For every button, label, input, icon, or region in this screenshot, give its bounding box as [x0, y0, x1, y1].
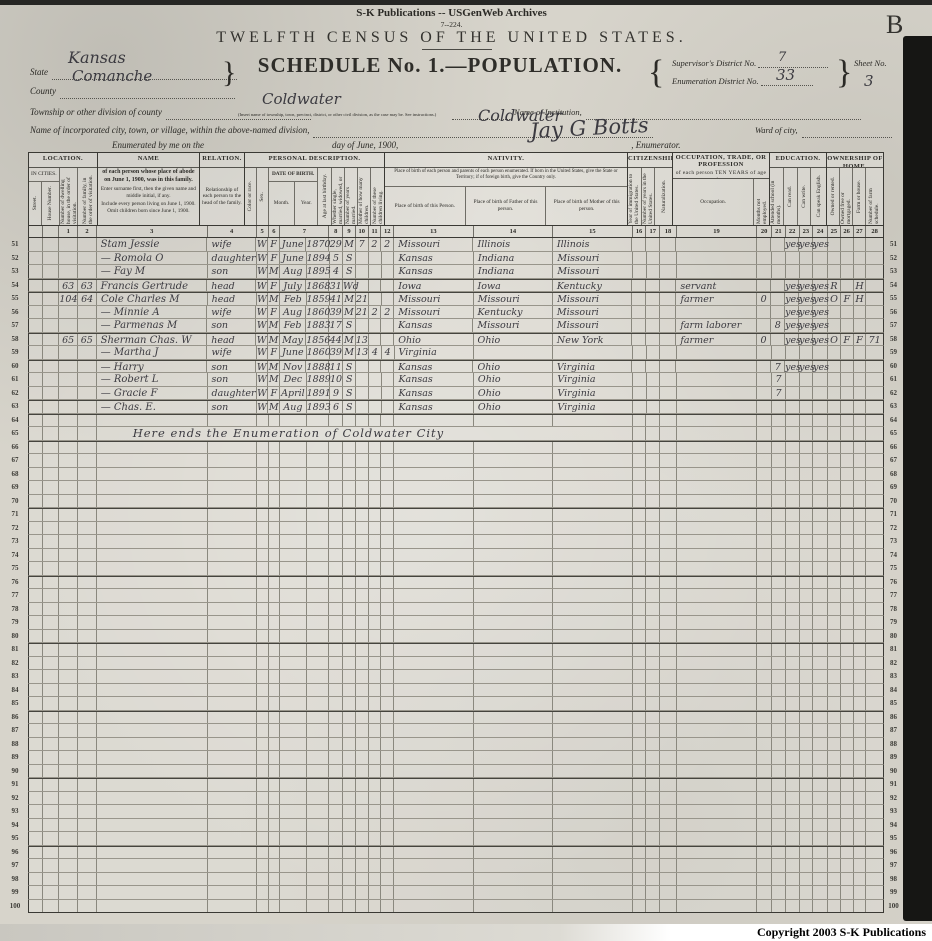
- cell-months_unemp: [757, 873, 772, 886]
- cell-family: [78, 442, 97, 454]
- cell-read: yes: [785, 334, 799, 346]
- cell-year: [307, 442, 330, 454]
- table-row: 7373: [2, 535, 903, 549]
- cell-relation: [208, 630, 257, 643]
- cell-family: [78, 657, 97, 670]
- cell-sex: [269, 603, 281, 616]
- cell-street: [29, 252, 43, 265]
- cell-house: [43, 293, 60, 305]
- cell-marital: [343, 765, 356, 778]
- cell-months_unemp: [757, 549, 772, 562]
- cell-free_mort: [841, 805, 854, 818]
- cell-english: [813, 427, 828, 440]
- cell-owned: [828, 415, 841, 427]
- cell-color: [257, 630, 269, 643]
- cell-owned: [828, 657, 841, 670]
- cell-street: [29, 616, 43, 629]
- cell-relation: [208, 765, 257, 778]
- row-number-left: 72: [2, 522, 28, 536]
- cell-yrs_us: [646, 630, 660, 643]
- cell-mother: [369, 577, 382, 589]
- cell-write: [800, 738, 814, 751]
- cell-pob_f: [474, 712, 554, 724]
- cell-marital: [343, 522, 356, 535]
- cell-pob: Kansas: [394, 252, 473, 265]
- cell-house: [43, 684, 60, 697]
- table-row: 56— Minnie AwifeWFAug186039M2122Missouri…: [2, 306, 903, 320]
- cell-marital: [343, 859, 356, 872]
- table-row: 8383: [2, 670, 903, 684]
- personal-description-group: PERSONAL DESCRIPTION. Color or race. Sex…: [245, 153, 385, 225]
- cell-color: [257, 779, 269, 791]
- cell-living: [381, 522, 394, 535]
- cell-english: [813, 373, 828, 386]
- cell-owned: [828, 765, 841, 778]
- cell-yrs_married: [356, 562, 369, 575]
- cell-imm: [633, 779, 647, 791]
- cell-imm: [633, 401, 647, 413]
- cell-name: [97, 454, 208, 467]
- cell-dwelling: [59, 900, 78, 913]
- cell-months_unemp: [757, 657, 772, 670]
- cell-year: [307, 562, 330, 575]
- ward-line: [802, 137, 892, 138]
- cell-imm: [633, 373, 647, 386]
- cell-family: [78, 361, 97, 373]
- cell-yrs_married: [356, 724, 369, 737]
- cell-dwelling: [59, 779, 78, 791]
- row-number-left: 54: [2, 279, 28, 293]
- cell-write: [800, 549, 814, 562]
- cell-name: [97, 442, 208, 454]
- cell-family: [78, 401, 97, 413]
- cell-free_mort: [841, 387, 854, 400]
- column-number: 18: [660, 226, 677, 237]
- cell-imm: [633, 751, 647, 764]
- mother-of-col-label: Mother of how many children.: [358, 169, 370, 225]
- cell-year: [307, 603, 330, 616]
- cell-pob: Kansas: [394, 387, 473, 400]
- cell-pob: [394, 697, 474, 710]
- table-row: 7474: [2, 549, 903, 563]
- cell-mother: [369, 562, 382, 575]
- cell-marital: M: [343, 293, 356, 305]
- cell-read: [786, 630, 800, 643]
- cell-color: [257, 535, 269, 548]
- cell-house: [43, 280, 60, 292]
- cell-months_unemp: [757, 265, 772, 278]
- cell-owned: [828, 346, 841, 359]
- cell-pob_m: [553, 415, 633, 427]
- cell-living: 2: [381, 238, 394, 251]
- cell-mother: [369, 387, 382, 400]
- cell-age: [329, 442, 343, 454]
- cell-house: [43, 805, 60, 818]
- cell-school: [772, 265, 786, 278]
- cell-farm_house: F: [854, 334, 867, 346]
- cell-month: [280, 415, 306, 427]
- cell-dwelling: [59, 886, 78, 899]
- cell-pob_f: [474, 724, 554, 737]
- row-number-left: 86: [2, 711, 28, 725]
- cell-free_mort: [841, 603, 854, 616]
- cell-marital: M: [343, 306, 356, 319]
- row-number-right: 58: [884, 333, 903, 347]
- cell-dwelling: [59, 319, 78, 332]
- cell-age: [329, 873, 343, 886]
- cell-family: [78, 859, 97, 872]
- cell-name: — Minnie A: [97, 306, 208, 319]
- cell-relation: wife: [207, 346, 256, 359]
- cell-year: 1868: [306, 280, 329, 292]
- cell-sched: [866, 361, 883, 373]
- cell-yrs_married: [356, 832, 369, 845]
- cell-nat: [660, 697, 677, 710]
- cell-pob_f: [474, 442, 554, 454]
- cell-living: [382, 373, 395, 386]
- cell-house: [43, 644, 60, 656]
- table-row: 7070: [2, 495, 903, 509]
- table-row: 8080: [2, 630, 903, 644]
- cell-marital: [343, 603, 356, 616]
- cell-mother: [369, 481, 382, 494]
- cell-read: [786, 779, 800, 791]
- cell-yrs_married: [356, 481, 369, 494]
- cell-sex: F: [268, 346, 280, 359]
- cell-living: [381, 751, 394, 764]
- cell-nat: [660, 900, 677, 913]
- cell-imm: [633, 697, 647, 710]
- cell-months_unemp: [757, 238, 772, 251]
- cell-pob_f: Ohio: [474, 373, 553, 386]
- cell-age: [329, 454, 343, 467]
- cell-occupation: [677, 805, 757, 818]
- cell-sched: [866, 603, 883, 616]
- cell-english: [813, 346, 828, 359]
- cell-free_mort: [841, 712, 854, 724]
- cell-imm: [633, 819, 647, 832]
- cell-month: June: [280, 252, 306, 265]
- census-table: LOCATION. IN CITIES. Street. House Numbe…: [2, 152, 903, 913]
- cell-living: [381, 577, 394, 589]
- row-number-left: 57: [2, 319, 28, 333]
- cell-read: [786, 670, 800, 683]
- cell-yrs_us: [646, 334, 660, 346]
- cell-month: [280, 616, 306, 629]
- cell-owned: [828, 535, 841, 548]
- cell-pob_f: [474, 481, 554, 494]
- cell-read: [786, 589, 800, 602]
- location-group: LOCATION. IN CITIES. Street. House Numbe…: [29, 153, 98, 225]
- cell-family: [78, 832, 97, 845]
- cell-age: [329, 792, 343, 805]
- cell-yrs_married: [356, 415, 369, 427]
- cell-school: [772, 454, 786, 467]
- cell-pob: Virginia: [395, 346, 474, 359]
- cell-relation: [208, 468, 257, 481]
- cell-english: [813, 265, 828, 278]
- cell-pob: [394, 657, 474, 670]
- cell-name: [97, 684, 208, 697]
- cell-months_unemp: [757, 779, 772, 791]
- cell-imm: [633, 522, 647, 535]
- row-number-left: 85: [2, 697, 28, 711]
- cell-sex: [269, 549, 281, 562]
- cell-sched: [866, 900, 883, 913]
- cell-yrs_us: [646, 859, 660, 872]
- cell-occupation: [677, 792, 757, 805]
- cell-months_unemp: [757, 361, 772, 373]
- column-number: [29, 226, 43, 237]
- column-number: 24: [813, 226, 828, 237]
- cell-marital: [343, 684, 356, 697]
- cell-street: [29, 765, 43, 778]
- cell-english: [813, 401, 828, 413]
- cell-color: [257, 712, 269, 724]
- cell-name: [97, 577, 208, 589]
- cell-read: [786, 792, 800, 805]
- title-rule: [422, 49, 492, 50]
- column-number: 10: [356, 226, 369, 237]
- cell-month: [280, 712, 306, 724]
- cell-yrs_married: [356, 670, 369, 683]
- years-married-col-label: Number of years married.: [345, 169, 357, 225]
- cell-write: [800, 442, 814, 454]
- cell-marital: [343, 509, 356, 521]
- cell-month: [280, 577, 306, 589]
- cell-occupation: [677, 738, 757, 751]
- cell-mother: [369, 589, 382, 602]
- ownership-title: OWNERSHIP OF HOME.: [827, 153, 883, 168]
- row-number-left: 67: [2, 454, 28, 468]
- cell-pob_f: [474, 873, 554, 886]
- cell-yrs_us: [646, 481, 660, 494]
- cell-relation: [208, 454, 257, 467]
- cell-street: [29, 415, 43, 427]
- cell-farm_house: [854, 900, 867, 913]
- cell-months_unemp: [757, 644, 772, 656]
- cell-sched: [866, 252, 883, 265]
- cell-yrs_married: [356, 751, 369, 764]
- cell-street: [29, 562, 43, 575]
- cell-sex: [269, 805, 281, 818]
- cell-nat: [660, 522, 677, 535]
- cell-age: [329, 549, 343, 562]
- cell-marital: [343, 697, 356, 710]
- cell-english: [813, 589, 828, 602]
- cell-english: [813, 697, 828, 710]
- cell-street: [29, 280, 43, 292]
- cell-imm: [633, 644, 647, 656]
- immigration-col-label: Year of immigration to the United States…: [628, 169, 640, 225]
- cell-month: [280, 832, 306, 845]
- cell-family: [78, 481, 97, 494]
- cell-school: [772, 562, 786, 575]
- occupation-group-sub: of each person TEN YEARS of age and over…: [673, 170, 769, 179]
- cell-free_mort: [841, 779, 854, 791]
- cell-months_unemp: [757, 481, 772, 494]
- cell-living: [381, 562, 394, 575]
- cell-write: [800, 481, 814, 494]
- cell-month: Dec: [280, 373, 306, 386]
- cell-pob_f: [474, 900, 554, 913]
- cell-pob_f: [474, 697, 554, 710]
- row-number-right: 71: [884, 508, 903, 522]
- cell-english: yes: [813, 361, 828, 373]
- cell-street: [29, 401, 43, 413]
- cell-english: [813, 495, 828, 508]
- cell-name: [97, 805, 208, 818]
- cell-owned: [828, 779, 841, 791]
- name-title: NAME: [98, 153, 199, 168]
- cell-marital: [343, 442, 356, 454]
- cell-farm_house: [854, 644, 867, 656]
- cell-write: [800, 697, 814, 710]
- cell-imm: [633, 886, 647, 899]
- cell-relation: [208, 670, 257, 683]
- cell-dwelling: [59, 535, 78, 548]
- cell-pob: [394, 589, 474, 602]
- cell-name: [97, 562, 208, 575]
- cell-farm_house: [854, 306, 867, 319]
- cell-pob_f: [474, 792, 554, 805]
- table-row: 9494: [2, 819, 903, 833]
- cell-write: yes: [799, 280, 813, 292]
- cell-marital: [343, 712, 356, 724]
- cell-school: [772, 792, 786, 805]
- table-row: 8989: [2, 751, 903, 765]
- cell-sex: [269, 724, 281, 737]
- cell-family: [78, 616, 97, 629]
- cell-english: [813, 712, 828, 724]
- cell-write: yes: [799, 293, 813, 305]
- cell-sched: [866, 495, 883, 508]
- cell-street: [29, 454, 43, 467]
- cell-year: [307, 616, 330, 629]
- cell-dwelling: [59, 427, 78, 440]
- cell-imm: [632, 334, 646, 346]
- cell-yrs_us: [646, 684, 660, 697]
- column-numbers-row: 1234567891011121314151617181920212223242…: [28, 225, 884, 238]
- cell-owned: [828, 724, 841, 737]
- cell-mother: [369, 684, 382, 697]
- cell-month: [280, 535, 306, 548]
- cell-sched: [866, 293, 883, 305]
- cell-street: [29, 873, 43, 886]
- cell-color: [257, 765, 269, 778]
- cell-relation: wife: [207, 306, 256, 319]
- cell-relation: [208, 832, 257, 845]
- cell-name: [97, 832, 208, 845]
- cell-farm_house: [854, 481, 867, 494]
- enumeration-district-value: 33: [776, 66, 795, 84]
- cell-pob_f: Missouri: [474, 293, 553, 305]
- cell-write: [800, 562, 814, 575]
- cell-farm_house: [854, 873, 867, 886]
- cell-school: [772, 644, 786, 656]
- cell-pob_m: Virginia: [553, 361, 632, 373]
- cell-sched: [866, 280, 883, 292]
- cell-free_mort: [841, 738, 854, 751]
- cell-year: 1893: [307, 401, 330, 413]
- row-number-right: 63: [884, 400, 903, 414]
- row-number-left: 80: [2, 630, 28, 644]
- cell-year: [307, 454, 330, 467]
- cell-year: [307, 859, 330, 872]
- cell-write: [800, 509, 814, 521]
- table-row: 8484: [2, 684, 903, 698]
- schedule-title: SCHEDULE No. 1.—POPULATION.: [170, 53, 710, 78]
- cell-months_unemp: [757, 535, 772, 548]
- cell-name: [97, 522, 208, 535]
- dob-label: DATE OF BIRTH.: [269, 168, 318, 182]
- cell-english: [813, 616, 828, 629]
- cell-school: [772, 346, 786, 359]
- cell-pob: [394, 738, 474, 751]
- enumerated-label: Enumerated by me on the: [112, 140, 204, 150]
- cell-year: [307, 751, 330, 764]
- row-number-left: 91: [2, 778, 28, 792]
- cell-school: [772, 684, 786, 697]
- column-number: [43, 226, 60, 237]
- cell-read: [786, 495, 800, 508]
- cell-pob_f: Missouri: [473, 319, 552, 332]
- cell-age: [329, 847, 343, 859]
- cell-pob: [394, 832, 474, 845]
- cell-year: [307, 738, 330, 751]
- cell-yrs_married: 13: [356, 334, 369, 346]
- cell-occupation: [677, 549, 757, 562]
- cell-relation: head: [208, 293, 257, 305]
- cell-owned: [828, 751, 841, 764]
- cell-age: 44: [329, 334, 343, 346]
- cell-relation: [208, 442, 257, 454]
- cell-free_mort: [841, 280, 854, 292]
- cell-yrs_married: [356, 361, 369, 373]
- ward-label: Ward of city,: [755, 125, 798, 135]
- cell-relation: [208, 792, 257, 805]
- cell-living: [382, 252, 395, 265]
- cell-color: [257, 495, 269, 508]
- cell-marital: S: [343, 265, 356, 278]
- cell-family: [78, 779, 97, 791]
- cell-sex: [269, 712, 281, 724]
- cell-yrs_married: 21: [356, 293, 369, 305]
- cell-nat: [660, 509, 677, 521]
- cell-street: [29, 373, 43, 386]
- cell-pob: [394, 616, 474, 629]
- cell-sched: [866, 468, 883, 481]
- cell-english: [813, 819, 828, 832]
- cell-street: [29, 549, 43, 562]
- cell-color: [257, 670, 269, 683]
- cell-pob_f: [474, 454, 554, 467]
- cell-farm_house: [854, 442, 867, 454]
- table-row: 6767: [2, 454, 903, 468]
- cell-year: [307, 900, 330, 913]
- cell-farm_house: [854, 509, 867, 521]
- cell-sex: [269, 522, 281, 535]
- cell-school: [772, 712, 786, 724]
- cell-farm_house: [854, 670, 867, 683]
- column-number: 15: [553, 226, 632, 237]
- cell-imm: [633, 509, 647, 521]
- cell-english: [813, 657, 828, 670]
- cell-relation: [208, 603, 257, 616]
- row-number-right: 61: [884, 373, 903, 387]
- row-number-left: 78: [2, 603, 28, 617]
- cell-dwelling: [59, 562, 78, 575]
